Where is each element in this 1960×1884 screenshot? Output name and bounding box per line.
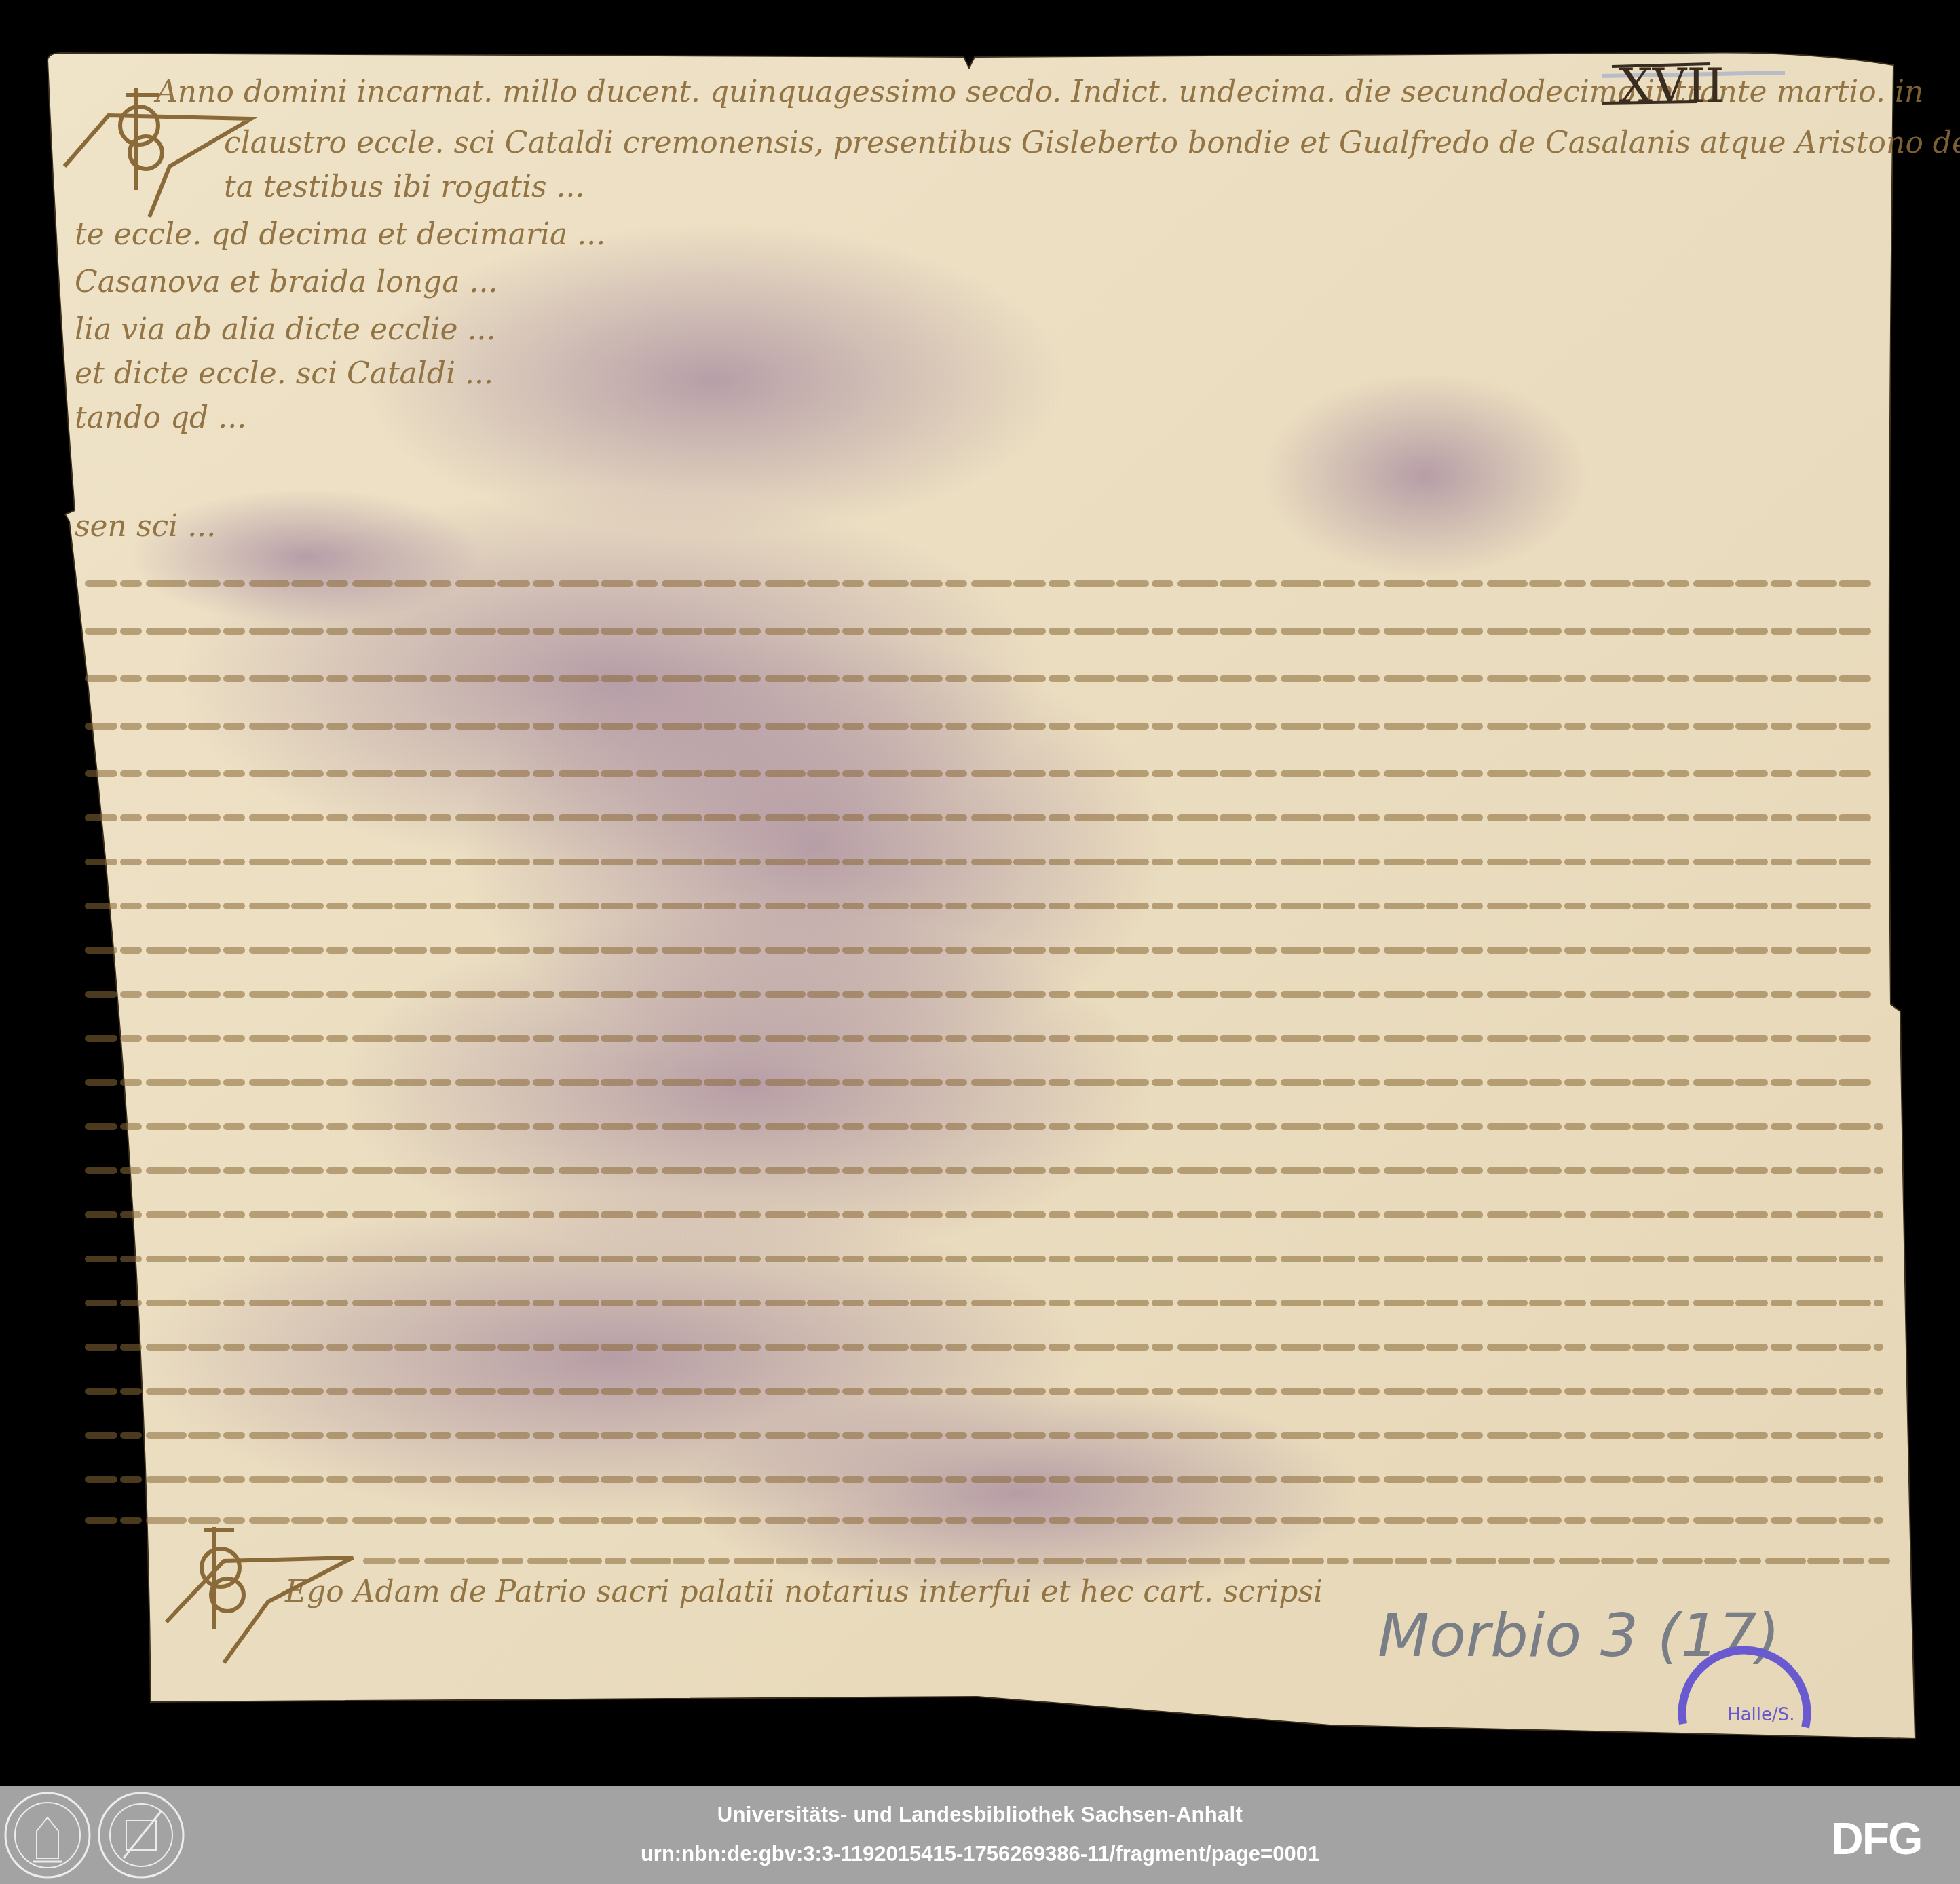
script-line-4: te eccle. qd decima et decimaria ... <box>75 217 605 252</box>
parchment-image: Anno domini incarnat. millo ducent. quin… <box>0 0 1960 1786</box>
script-line-2: claustro eccle. sci Cataldi cremonensis,… <box>224 126 1960 160</box>
script-line-7: et dicte eccle. sci Cataldi ... <box>75 356 493 391</box>
script-line-5: Casanova et braida longa ... <box>75 265 497 299</box>
script-line-10: sen sci ... <box>75 509 216 544</box>
library-name: Universitäts- und Landesbibliothek Sachs… <box>0 1803 1960 1827</box>
svg-text:Halle/S.: Halle/S. <box>1727 1705 1794 1725</box>
document-urn[interactable]: urn:nbn:de:gbv:3:3-1192015415-1756269386… <box>0 1842 1960 1866</box>
library-footer-bar: Universitäts- und Landesbibliothek Sachs… <box>0 1786 1960 1884</box>
document-image-viewer: Anno domini incarnat. millo ducent. quin… <box>0 0 1960 1786</box>
script-line-3: ta testibus ibi rogatis ... <box>224 170 585 204</box>
script-line-8: tando qd ... <box>75 400 246 435</box>
script-line-6: lia via ab alia dicte ecclie ... <box>75 312 496 347</box>
closing-line: Ego Adam de Patrio sacri palatii notariu… <box>284 1575 1323 1609</box>
dfg-logo-icon: DFG <box>1831 1819 1944 1858</box>
